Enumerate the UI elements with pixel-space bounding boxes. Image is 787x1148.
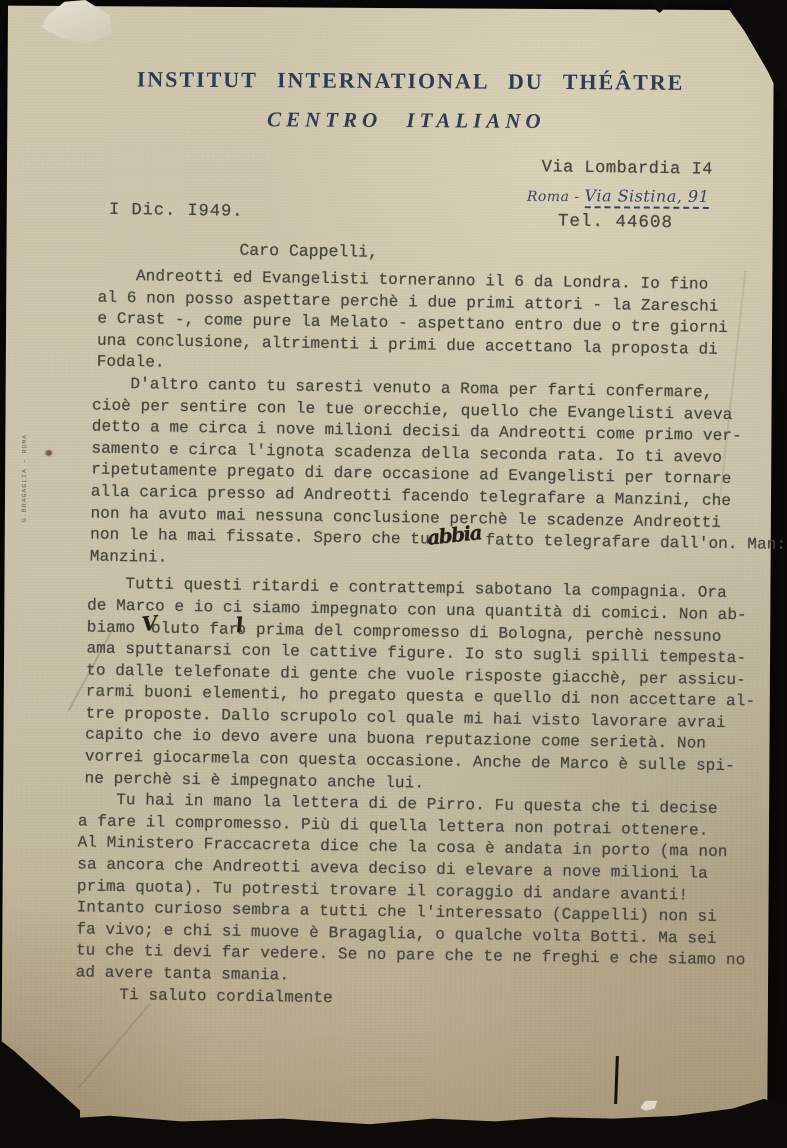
letter-paragraph: Andreotti ed Evangelisti torneranno il 6…	[97, 266, 787, 384]
address-street: Via Lombardia I4	[542, 158, 713, 180]
typed-text: non le ha mai fissate. Spero che tu	[90, 526, 430, 549]
typed-text: ne perchè si è impegnato anche lui.	[84, 769, 424, 792]
letter-page: INSTITUT INTERNATIONAL DU THÉÂTRE CENTRO…	[1, 6, 774, 1131]
date-line: I Dic. I949.	[109, 201, 244, 222]
address-phone: Tel. 44608	[558, 211, 673, 233]
handwritten-correction: abbia	[426, 525, 481, 545]
typed-text: fatto telegrafare dall'on. Man:	[476, 531, 787, 554]
letter-paragraph: Tutti questi ritardi e contrattempi sabo…	[84, 574, 785, 800]
letter-paragraph: D'altro canto tu saresti venuto a Roma p…	[90, 374, 787, 579]
typed-text: biamo	[87, 618, 145, 637]
handwritten-correction: l	[234, 617, 242, 632]
ink-stain	[45, 450, 52, 456]
typed-text: Fodale.	[97, 353, 165, 372]
letter-body: Andreotti ed Evangelisti torneranno il 6…	[81, 266, 787, 1016]
handwritten-correction: V	[141, 615, 156, 630]
typed-text: oluto far	[151, 619, 239, 638]
typed-content-layer: Via Lombardia I4 Tel. 44608 I Dic. I949.…	[0, 0, 775, 1131]
typed-text: ad avere tanta smania.	[76, 963, 290, 984]
scanned-letter: INSTITUT INTERNATIONAL DU THÉÂTRE CENTRO…	[0, 0, 787, 1148]
typed-text: Manzini.	[90, 547, 168, 566]
letter-paragraph: Tu hai in mano la lettera di de Pirro. F…	[76, 790, 783, 995]
salutation: Caro Cappelli,	[239, 241, 378, 262]
